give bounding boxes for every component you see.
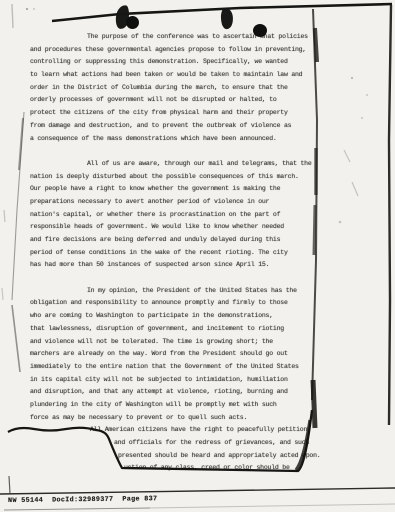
ink-blob-mark [220,7,234,29]
document-line: The purpose of the conference was to asc… [30,31,322,44]
footer-underline [4,508,150,510]
punch-hole-mark [126,16,139,29]
document-paragraph-torn: All American citizens have the right to … [30,424,322,475]
margin-tick-mark [9,476,10,494]
document-line: in its capital city will not be subjecte… [30,374,322,387]
document-line: order in the District of Columbia during… [30,82,322,95]
document-line: nation's capital, or whether there is pr… [30,209,322,222]
document-line: to learn what actions had been taken or … [30,69,322,82]
crease-line [12,112,24,300]
document-line: nation is deeply disturbed about the pos… [30,171,322,184]
scan-speck [339,221,342,224]
document-line: Our people have a right to know whether … [30,183,322,196]
document-line: protect the citizens of the city from ph… [30,107,322,120]
document-line: marchers are already on the way. Word fr… [30,348,322,361]
margin-speck [33,8,35,10]
footer-doc-id: DocId:32989377 [52,496,113,505]
document-line: has had more than 50 instances of suspec… [30,259,322,272]
scan-right-edge-line [389,5,391,425]
document-line: All American citizens have the right to … [30,424,322,437]
document-line: and procedures these governmental agenci… [30,44,322,57]
document-body: The purpose of the conference was to asc… [30,31,322,475]
scan-bottom-edge-line [150,504,395,508]
document-line: All of us are aware, through our mail an… [30,158,322,171]
margin-speck [12,4,13,28]
scan-speck [351,77,353,79]
footer-stamp: NW 55144DocId:32989377Page 837 [8,495,166,505]
document-line: In my opinion, the President of the Unit… [30,285,322,298]
document-line: plundering in the city of Washington wil… [30,399,322,412]
scanned-document-page: The purpose of the conference was to asc… [0,0,395,512]
margin-speck [4,210,5,222]
document-line: obligation and responsibility to announc… [30,297,322,310]
document-line: preparations necessary to avert another … [30,196,322,209]
footer-stamp-id: NW 55144 [8,497,43,505]
document-line: period of tense conditions in the wake o… [30,247,322,260]
scan-speck [366,94,368,96]
document-line: from damage and destruction, and to prev… [30,120,322,133]
crease-line [19,118,23,170]
document-line: controlling or suppressing this demonstr… [30,56,322,69]
footer-rule-line [0,488,395,494]
document-paragraph: In my opinion, the President of the Unit… [30,285,322,425]
document-line: that lawlessness, disruption of governme… [30,323,322,336]
scan-speck [361,117,363,119]
punch-hole-mark [253,24,267,37]
document-paragraph: All of us are aware, through our mail an… [30,158,322,272]
margin-speck [2,288,3,300]
margin-speck [26,8,28,10]
document-line: who are coming to Washington to particip… [30,310,322,323]
document-line: force as may be necessary to prevent or … [30,412,322,425]
document-paragraph: The purpose of the conference was to asc… [30,31,322,145]
document-line: and officials for the redress of grievan… [30,437,322,450]
scan-speck [352,182,358,196]
document-line: and violence will not be tolerated. The … [30,336,322,349]
document-line: immediately to the entire nation that th… [30,361,322,374]
crease-line [12,305,20,372]
document-line: responsible heads of government. We woul… [30,221,322,234]
document-line: and fire decisions are being deferred an… [30,234,322,247]
document-line: uction of any class, creed or color shou… [30,462,322,475]
document-line: orderly processes of government will not… [30,94,322,107]
document-line: presented should be heard and appropriat… [30,450,322,463]
document-line: a consequence of the mass demonstrations… [30,133,322,146]
footer-page-number: Page 837 [122,495,157,503]
scan-speck [344,150,350,162]
document-line: and disruption, and that any attempt at … [30,386,322,399]
